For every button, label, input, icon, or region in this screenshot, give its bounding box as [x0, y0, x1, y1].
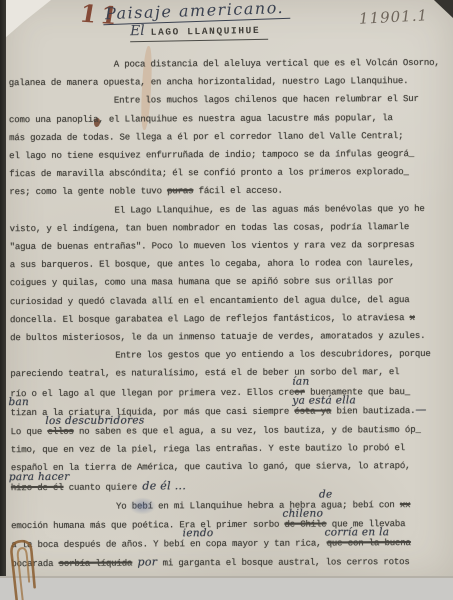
typed-text: río o el lago al que llegan por primera … — [10, 386, 294, 398]
struckthrough-text: hizo de él — [11, 482, 64, 493]
typed-text: en copa mayor y tan rica, — [185, 538, 327, 550]
struckthrough-text: que con la buena — [327, 537, 411, 548]
struckthrough-text: ésta ya — [294, 405, 331, 416]
scan-background: 11 Paisaje americano. ElLAGO LLANQUIHUE … — [0, 0, 453, 600]
typed-line: doncella. El bosque garabatea el Lago de… — [10, 309, 447, 329]
struckthrough-text: puras — [167, 186, 193, 197]
typed-text: pareciendo teatral, es naturalísimo, est… — [10, 367, 399, 380]
typed-line: galanea de manera opuesta, en ancha hori… — [9, 72, 446, 92]
typed-title: LAGO LLANQUIHUE — [151, 25, 261, 38]
handwritten-insertion: — — [415, 403, 426, 416]
typed-text: fácil el acceso. — [193, 185, 282, 196]
typed-line: visto, y el indígena, tan buen nombrador… — [10, 218, 447, 238]
typed-body: A poca distancia del aleluya vertical qu… — [9, 54, 449, 574]
typed-line: más gozada de todas. Se llega a él por e… — [9, 127, 446, 147]
typed-text: A poca distancia del aleluya vertical qu… — [114, 57, 440, 70]
document-subtitle: ElLAGO LLANQUIHUE — [130, 20, 269, 42]
typed-text: agua; bebí con — [321, 499, 400, 510]
typed-line: curiosidad y quedó clavada allí en el en… — [10, 290, 447, 310]
typed-line: A poca distancia del aleluya vertical qu… — [9, 54, 446, 74]
typed-text: mi garganta el bosque austral, los cerro… — [157, 557, 409, 569]
typed-line: "agua de buenas entrañas". Poco lo mueve… — [10, 236, 447, 256]
typed-line: El Lago Llanquihue, es de las aguas más … — [9, 199, 446, 219]
typed-text: ficas de maravilla abscóndita; él se con… — [9, 166, 409, 179]
smudged-text: bebí — [132, 500, 153, 511]
handwritten-insertion: por — [137, 556, 157, 569]
typed-line: río o el lago al que llegan por primera … — [10, 382, 447, 403]
typed-text: coigues y quilas, como una masa humana q… — [10, 276, 394, 289]
typed-text: a sus barqueros. El bosque, que antes lo… — [10, 257, 415, 270]
typed-line: como una panoplia, el Llanquihue es nues… — [9, 108, 446, 128]
typed-text: visto, y el indígena, tan buen nombrador… — [10, 221, 410, 234]
typed-text: más gozada de todas. Se llega a él por e… — [9, 130, 403, 143]
typed-text: el lago no tiene esquivez enfurruñada de… — [9, 148, 414, 161]
typed-line: para hacerhizo de él cuanto quiere de él… — [11, 476, 448, 497]
archive-number: 11901.1 — [359, 6, 429, 28]
typed-text: doncella. El bosque garabatea el Lago de… — [10, 312, 410, 325]
typed-text: galanea de manera opuesta, en ancha hori… — [9, 75, 409, 88]
typed-line: de bultos misteriosos, le da un inmenso … — [10, 327, 447, 347]
struckthrough-text: de Chile — [284, 519, 326, 530]
typed-text: cuanto quiere — [63, 481, 142, 492]
typed-text: bien bautizada. — [331, 405, 415, 416]
typed-line: pareciendo teatral, es naturalísimo, est… — [10, 363, 447, 383]
scan-bed-strip — [0, 576, 453, 600]
typed-line: res; como la gente noble tuvo puras fáci… — [9, 181, 446, 201]
typed-line: Yo bebí en mi Llanquihue hebra a hebra d… — [11, 495, 448, 516]
page-left-edge — [0, 0, 6, 578]
typed-text: curiosidad y quedó clavada allí en el en… — [10, 294, 410, 307]
typed-text: de bultos misteriosos, le da un inmenso … — [10, 330, 425, 343]
typed-line: Lo que los descubridoresellos no saben e… — [11, 420, 448, 441]
struckthrough-text: x — [410, 312, 415, 323]
paperclip-mark — [3, 534, 47, 600]
typed-text: timo, que en vez de la piel, riega las e… — [11, 442, 405, 455]
typed-text: emoción humana más que poética. Era el p… — [11, 519, 284, 531]
typed-text: El Lago Llanquihue, es de las aguas más … — [114, 203, 424, 216]
typed-text: Lo que — [11, 426, 48, 437]
typed-line: bocarada sorbía líquida por mi garganta … — [11, 552, 448, 573]
handwritten-article: El — [130, 23, 145, 39]
typed-line: el lago no tiene esquivez enfurruñada de… — [9, 145, 446, 165]
typed-line: timo, que en vez de la piel, riega las e… — [11, 439, 448, 459]
typed-text: español en la tierra de América, que cau… — [11, 461, 411, 474]
struckthrough-text: sorbía líquida — [59, 558, 133, 569]
typed-line: ficas de maravilla abscóndita; él se con… — [9, 163, 446, 183]
typed-line: a la boca después de años. Y bebíiendo e… — [11, 533, 448, 554]
typed-line: Entre los muchos lagos chilenos que hace… — [9, 90, 446, 110]
struckthrough-text: ellos — [47, 426, 73, 437]
typed-text: Entre los gestos que yo entiendo a los d… — [115, 348, 430, 361]
typed-text: Entre los muchos lagos chilenos que hace… — [114, 93, 419, 106]
typed-text: res; como la gente noble tuvo — [9, 186, 167, 198]
struckthrough-text: xx — [400, 499, 411, 510]
typed-line: coigues y quilas, como una masa humana q… — [10, 272, 447, 292]
typed-line: español en la tierra de América, que cau… — [11, 457, 448, 477]
typed-line: Entre los gestos que yo entiendo a los d… — [10, 345, 447, 365]
typed-line: a sus barqueros. El bosque, que antes lo… — [10, 254, 447, 274]
typed-text: como una panoplia, el Llanquihue es nues… — [9, 112, 393, 125]
handwritten-insertion: de él ... — [142, 479, 186, 492]
typed-text: "agua de buenas entrañas". Poco lo mueve… — [10, 239, 415, 252]
